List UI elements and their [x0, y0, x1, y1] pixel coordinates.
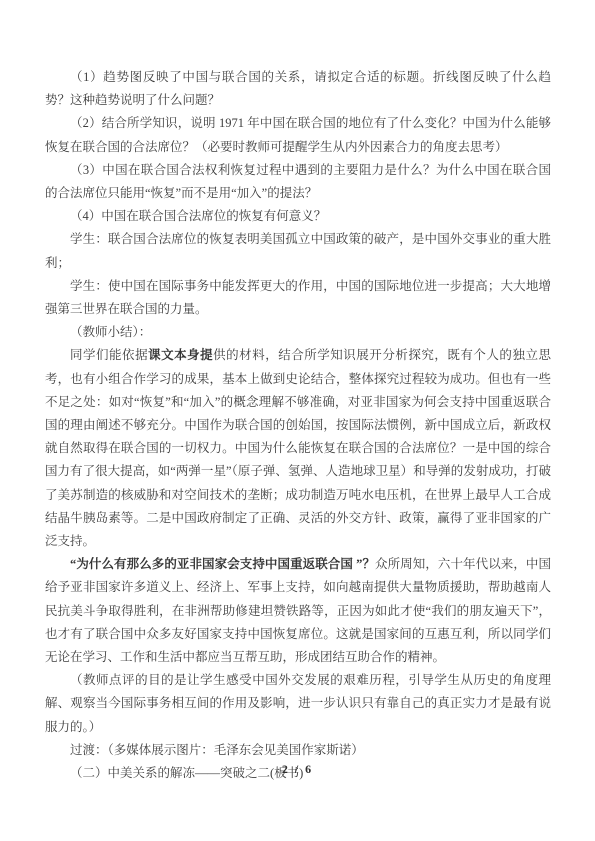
exploration-question-2: （2）结合所学知识，说明 1971 年中国在联合国的地位有了什么变化？中国为什么…: [45, 112, 551, 158]
document-body: （1）趋势图反映了中国与联合国的关系，请拟定合适的标题。折线图反映了什么趋势？这…: [45, 66, 551, 785]
document-page: （1）趋势图反映了中国与联合国的关系，请拟定合适的标题。折线图反映了什么趋势？这…: [0, 0, 595, 841]
teacher-summary-post: 供的材料，结合所学知识展开分析探究，既有个人的独立思考，也有小组合作学习的成果，…: [45, 348, 551, 548]
exploration-question-3: （3）中国在联合国合法权利恢复过程中遇到的主要阻力是什么？为什么中国在联合国的合…: [45, 159, 551, 205]
exploration-question-4: （4）中国在联合国合法席位的恢复有何意义？: [45, 205, 551, 228]
teacher-summary-pre: 同学们能依据: [70, 348, 148, 362]
teacher-summary-paragraph: 同学们能依据课文本身提供的材料，结合所学知识展开分析探究，既有个人的独立思考，也…: [45, 344, 551, 553]
exploration-question-1: （1）趋势图反映了中国与联合国的关系，请拟定合适的标题。折线图反映了什么趋势？这…: [45, 66, 551, 112]
teacher-summary-heading: （教师小结）：: [45, 321, 551, 344]
student-answer-2: 学生：使中国在国际事务中能发挥更大的作用，中国的国际地位进一步提高；大大地增强第…: [45, 275, 551, 321]
why-support-question: “为什么有那么多的亚非国家会支持中国重返联合国 ”？: [70, 557, 375, 571]
why-support-answer: 众所周知，六十年代以来，中国给予亚非国家许多道义上、经济上、军事上支持，如向越南…: [45, 557, 551, 664]
teacher-comment-note: （教师点评的目的是让学生感受中国外交发展的艰难历程，引导学生从历史的角度理解、观…: [45, 669, 551, 739]
why-support-paragraph: “为什么有那么多的亚非国家会支持中国重返联合国 ”？众所周知，六十年代以来，中国…: [45, 553, 551, 669]
student-answer-1: 学生：联合国合法席位的恢复表明美国孤立中国政策的破产，是中国外交事业的重大胜利；: [45, 228, 551, 274]
transition-note: 过渡：（多媒体展示图片：毛泽东会见美国作家斯诺）: [45, 739, 551, 762]
teacher-summary-bold: 课文本身提: [148, 348, 213, 362]
page-number: 2 / 6: [0, 762, 595, 777]
